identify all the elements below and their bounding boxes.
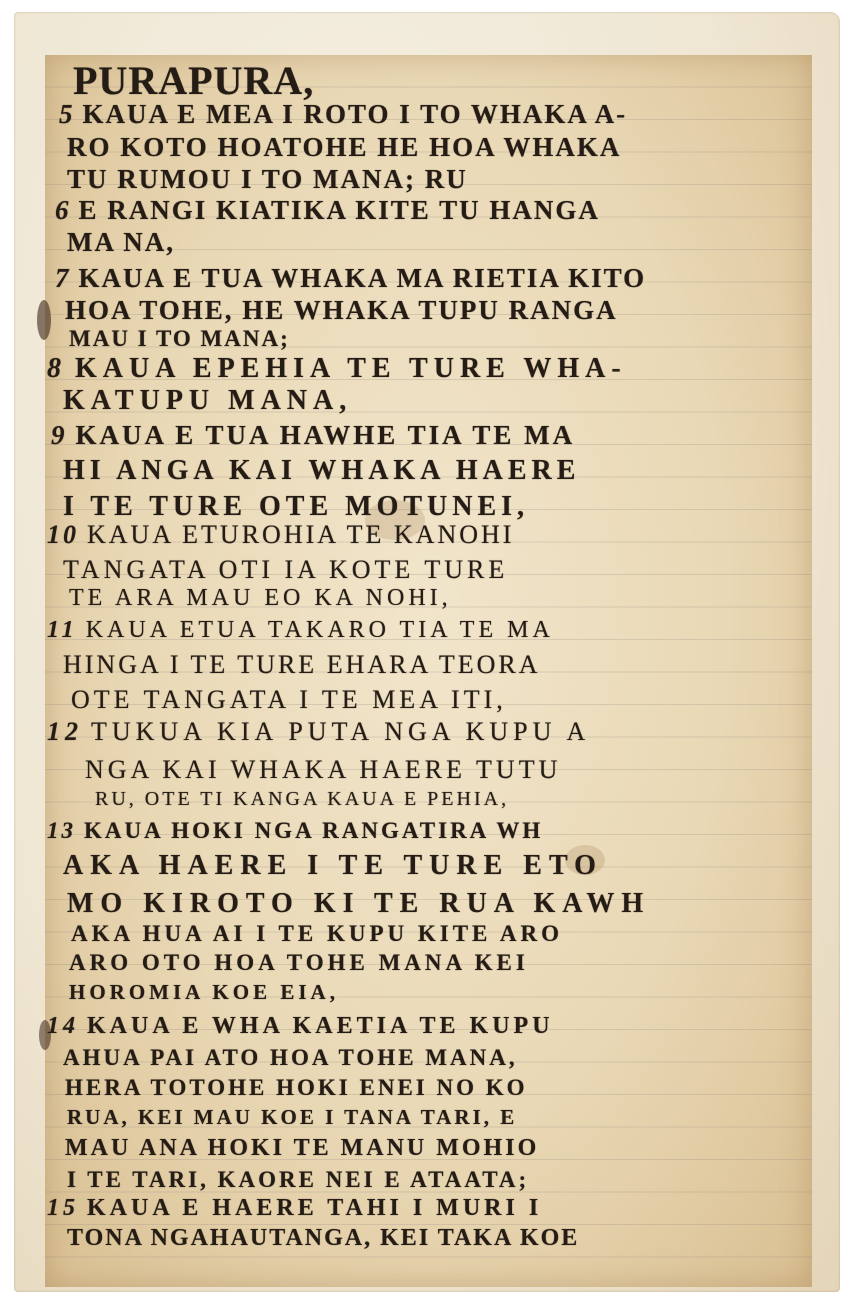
verse-line: AHUA PAI ATO HOA TOHE MANA, bbox=[63, 1045, 518, 1071]
verse-line: 11KAUA ETUA TAKARO TIA TE MA bbox=[47, 617, 554, 644]
manuscript-text: PURAPURA, 5KAUA E MEA I ROTO I TO WHAKA … bbox=[45, 55, 812, 1287]
verse-line: 10KAUA ETUROHIA TE KANOHI bbox=[47, 520, 514, 550]
verse-line: RUA, KEI MAU KOE I TANA TARI, E bbox=[67, 1105, 517, 1130]
verse-line: 5KAUA E MEA I ROTO I TO WHAKA A- bbox=[59, 99, 627, 130]
verse-line: MA NA, bbox=[67, 227, 175, 258]
verse-line: AKA HAERE I TE TURE ETO bbox=[63, 850, 603, 882]
verse-line: HOA TOHE, HE WHAKA TUPU RANGA bbox=[65, 295, 618, 326]
verse-line: 12TUKUA KIA PUTA NGA KUPU A bbox=[47, 717, 590, 747]
document-page: PURAPURA, 5KAUA E MEA I ROTO I TO WHAKA … bbox=[14, 12, 840, 1292]
verse-line: I TE TURE OTE MOTUNEI, bbox=[63, 491, 529, 523]
verse-line: 7KAUA E TUA WHAKA MA RIETIA KITO bbox=[55, 263, 646, 294]
verse-line: RO KOTO HOATOHE HE HOA WHAKA bbox=[67, 132, 621, 163]
verse-line: TANGATA OTI IA KOTE TURE bbox=[63, 555, 508, 585]
verse-line: RU, OTE TI KANGA KAUA E PEHIA, bbox=[95, 788, 509, 811]
verse-line: MO KIROTO KI TE RUA KAWH bbox=[67, 888, 650, 920]
verse-line: 13KAUA HOKI NGA RANGATIRA WH bbox=[47, 818, 543, 844]
verse-line: MAU ANA HOKI TE MANU MOHIO bbox=[65, 1135, 539, 1162]
verse-line: 9KAUA E TUA HAWHE TIA TE MA bbox=[51, 420, 575, 451]
verse-line: HOROMIA KOE EIA, bbox=[69, 980, 339, 1005]
verse-line: ARO OTO HOA TOHE MANA KEI bbox=[69, 950, 529, 976]
verse-line: I TE TARI, KAORE NEI E ATAATA; bbox=[67, 1167, 529, 1193]
verse-number: 5 bbox=[59, 99, 75, 129]
verse-line: 14KAUA E WHA KAETIA TE KUPU bbox=[47, 1013, 554, 1040]
verse-line: AKA HUA AI I TE KUPU KITE ARO bbox=[71, 921, 563, 947]
verse-line: HERA TOTOHE HOKI ENEI NO KO bbox=[65, 1075, 528, 1101]
verse-line: MAU I TO MANA; bbox=[69, 326, 290, 352]
document-title: PURAPURA, bbox=[73, 57, 314, 104]
verse-line: TONA NGAHAUTANGA, KEI TAKA KOE bbox=[67, 1225, 579, 1252]
verse-line: HI ANGA KAI WHAKA HAERE bbox=[63, 455, 580, 487]
verse-line: TU RUMOU I TO MANA; RU bbox=[67, 164, 468, 195]
verse-line: 6E RANGI KIATIKA KITE TU HANGA bbox=[55, 195, 600, 226]
verse-line: HINGA I TE TURE EHARA TEORA bbox=[63, 650, 541, 680]
verse-line: KATUPU MANA, bbox=[63, 385, 352, 417]
verse-line: 8KAUA EPEHIA TE TURE WHA- bbox=[47, 353, 627, 385]
manuscript-sheet: PURAPURA, 5KAUA E MEA I ROTO I TO WHAKA … bbox=[45, 55, 812, 1287]
verse-line: TE ARA MAU EO KA NOHI, bbox=[69, 585, 452, 612]
verse-line: NGA KAI WHAKA HAERE TUTU bbox=[85, 755, 561, 785]
verse-line: 15KAUA E HAERE TAHI I MURI I bbox=[47, 1195, 542, 1222]
verse-line: OTE TANGATA I TE MEA ITI, bbox=[71, 685, 507, 715]
